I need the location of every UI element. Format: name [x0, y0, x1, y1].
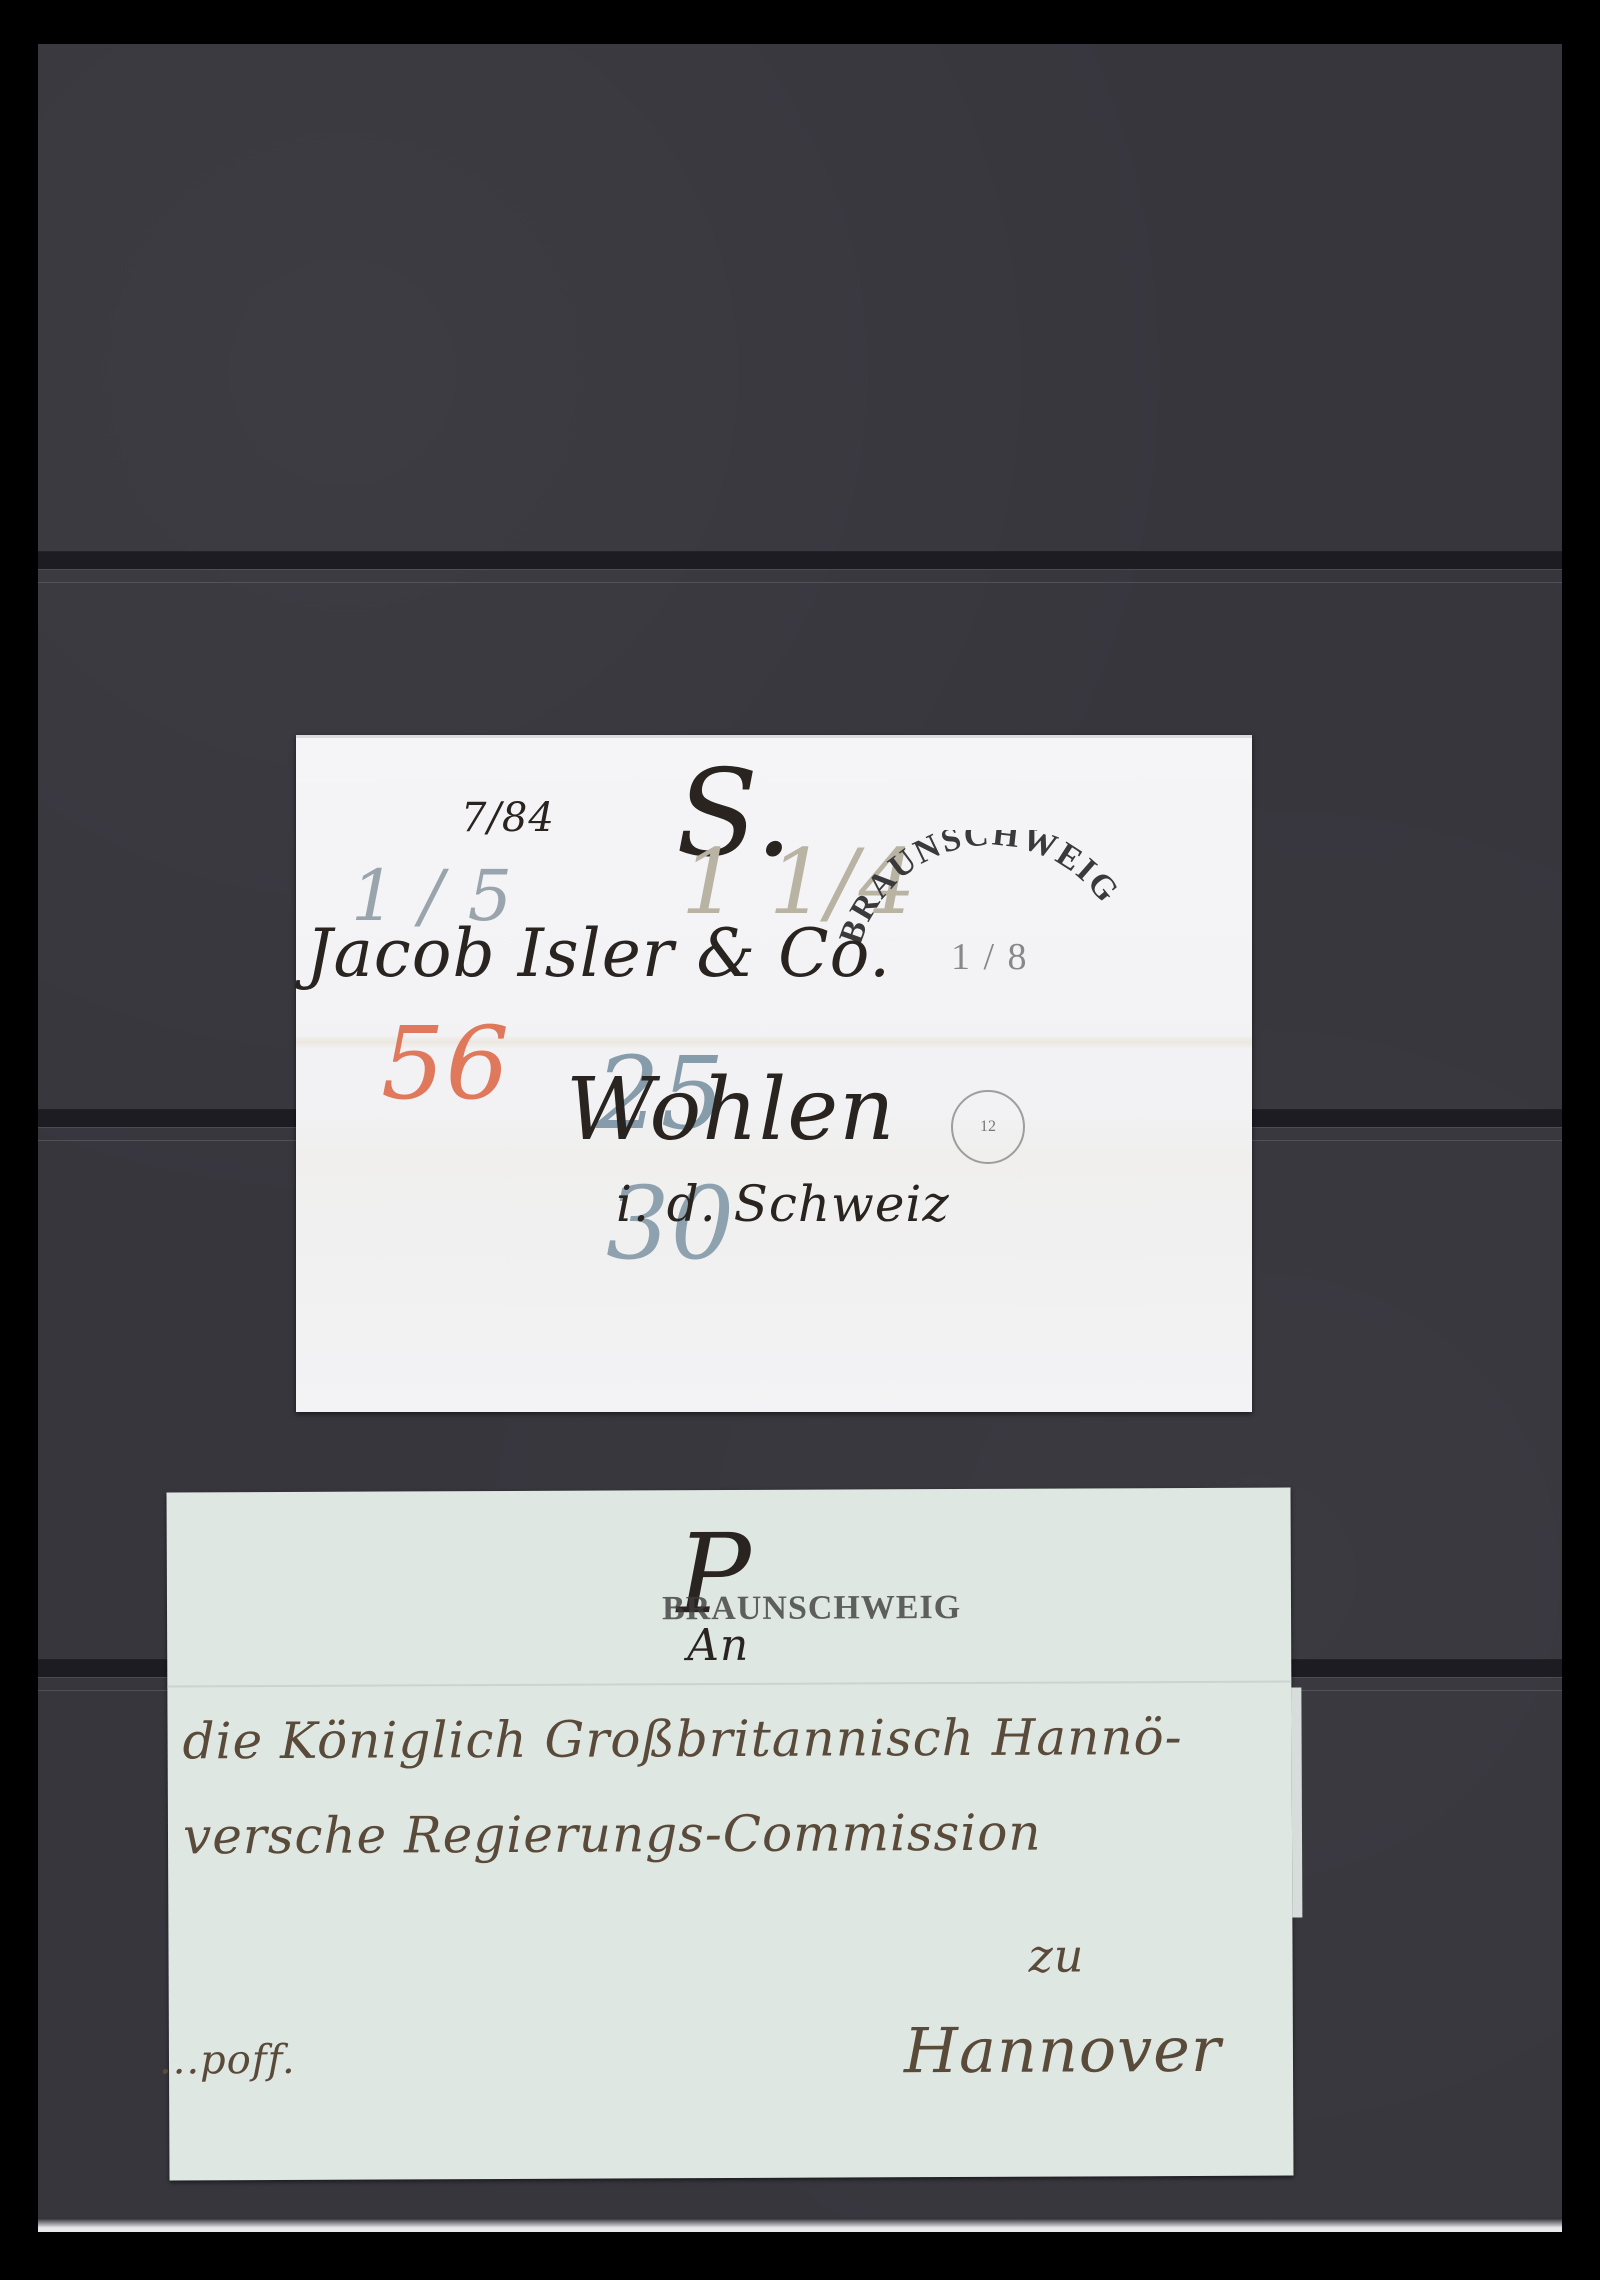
cover-side-flap [1291, 1688, 1302, 1918]
circular-datestamp: 12 [951, 1090, 1025, 1164]
address-line-3: i. d. Schweiz [616, 1175, 950, 1233]
docket-note: 7/84 [461, 795, 555, 841]
strip-divider [38, 552, 1562, 569]
prefix-an: An [687, 1620, 749, 1671]
circle-datestamp-text: 12 [980, 1118, 996, 1136]
address-line-1: die Königlich Großbritannisch Hannö- [182, 1708, 1182, 1770]
address-line-1: Jacob Isler & Co. [306, 915, 891, 992]
address-line-2: versche Regierungs-Commission [183, 1804, 1042, 1866]
fold-line [167, 1681, 1291, 1688]
cover-1[interactable]: 7/84 1 / 5 S. 1 1/4 BRAUNSCHWEIG 1 / 8 J… [296, 735, 1252, 1412]
left-note: ...poff. [159, 2037, 296, 2084]
address-line-2: Wohlen [566, 1060, 896, 1160]
arc-postmark-date: 1 / 8 [951, 935, 1029, 979]
address-line-3: zu [1028, 1928, 1084, 1982]
address-line-4: Hannover [904, 2013, 1222, 2087]
cover-2[interactable]: P BRAUNSCHWEIG An die Königlich Großbrit… [167, 1488, 1294, 2181]
cover-flap [296, 735, 1252, 738]
red-rate-mark: 56 [381, 1005, 510, 1122]
